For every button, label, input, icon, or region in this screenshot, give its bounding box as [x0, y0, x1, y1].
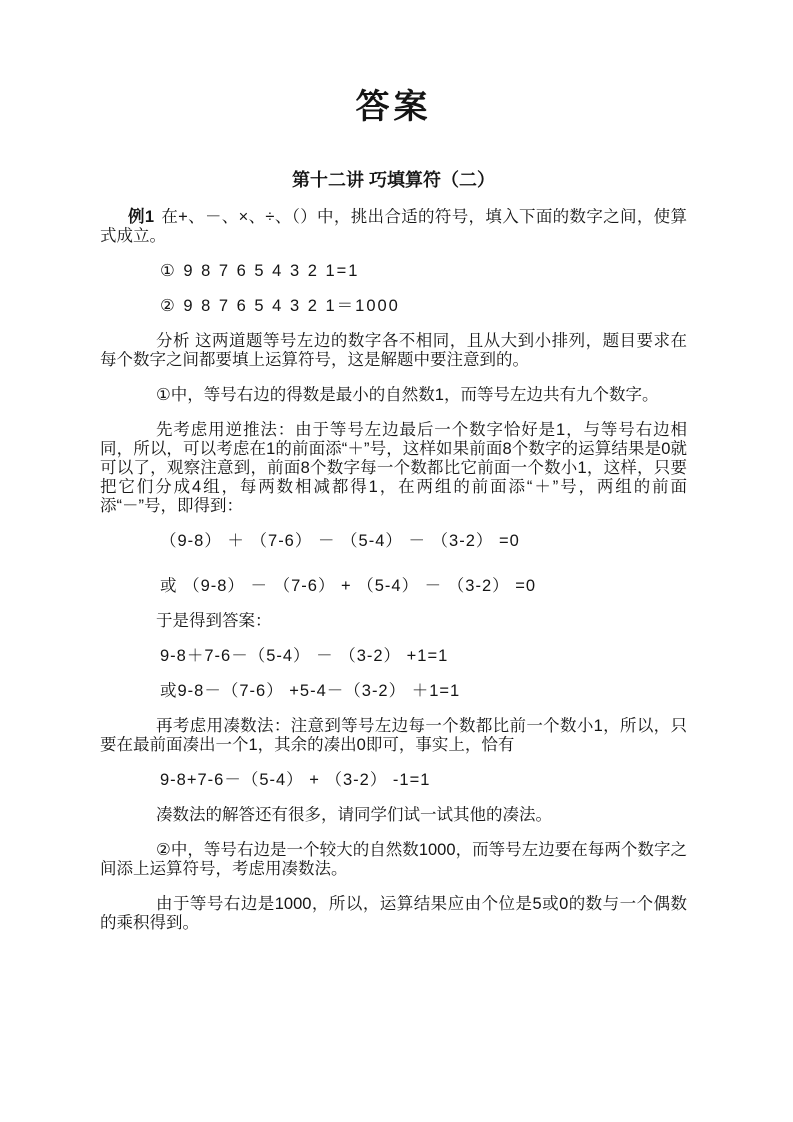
page-title: 答案 [100, 88, 687, 126]
numbered-equation-1: ① 9 8 7 6 5 4 3 2 1=1 [160, 262, 687, 281]
equation-zero-2: 或 （9-8） － （7-6） + （5-4） － （3-2） =0 [160, 577, 687, 596]
example-text: 在+、－、×、÷、（）中，挑出合适的符号，填入下面的数字之间，使算式成立。 [100, 208, 687, 245]
document-body: 例1在+、－、×、÷、（）中，挑出合适的符号，填入下面的数字之间，使算式成立。①… [100, 208, 687, 933]
analysis-paragraph: 分析 这两道题等号左边的数字各不相同，且从大到小排列，题目要求在每个数字之间都要… [100, 332, 687, 370]
reverse-method-paragraph: 先考虑用逆推法：由于等号左边最后一个数字恰好是1，与等号右边相同，所以，可以考虑… [100, 421, 687, 516]
answer-lead-in: 于是得到答案： [100, 612, 687, 631]
answer-equation-2: 或9-8－（7-6） +5-4－（3-2） ＋1=1 [160, 682, 687, 701]
equation-zero-1: （9-8） ＋ （7-6） － （5-4） － （3-2） =0 [160, 532, 687, 551]
example-1-statement: 例1在+、－、×、÷、（）中，挑出合适的符号，填入下面的数字之间，使算式成立。 [100, 208, 687, 246]
more-solutions-paragraph: 凑数法的解答还有很多，请同学们试一试其他的凑法。 [100, 806, 687, 825]
answer-equation-1: 9-8＋7-6－（5-4） － （3-2） +1=1 [160, 647, 687, 666]
case-1-paragraph: ①中，等号右边的得数是最小的自然数1，而等号左边共有九个数字。 [100, 386, 687, 405]
example-label: 例1 [128, 208, 154, 226]
case-2-paragraph: ②中，等号右边是一个较大的自然数1000，而等号左边要在每两个数字之间添上运算符… [100, 841, 687, 879]
numbered-equation-2: ② 9 8 7 6 5 4 3 2 1＝1000 [160, 297, 687, 316]
section-title: 第十二讲 巧填算符（二） [100, 170, 687, 191]
case-2-analysis-paragraph: 由于等号右边是1000，所以，运算结果应由个位是5或0的数与一个偶数的乘积得到。 [100, 895, 687, 933]
document-page: 答案 第十二讲 巧填算符（二） 例1在+、－、×、÷、（）中，挑出合适的符号，填… [0, 0, 793, 1122]
grouping-method-paragraph: 再考虑用凑数法：注意到等号左边每一个数都比前一个数小1，所以，只要在最前面凑出一… [100, 717, 687, 755]
answer-equation-3: 9-8+7-6－（5-4） + （3-2） -1=1 [160, 771, 687, 790]
